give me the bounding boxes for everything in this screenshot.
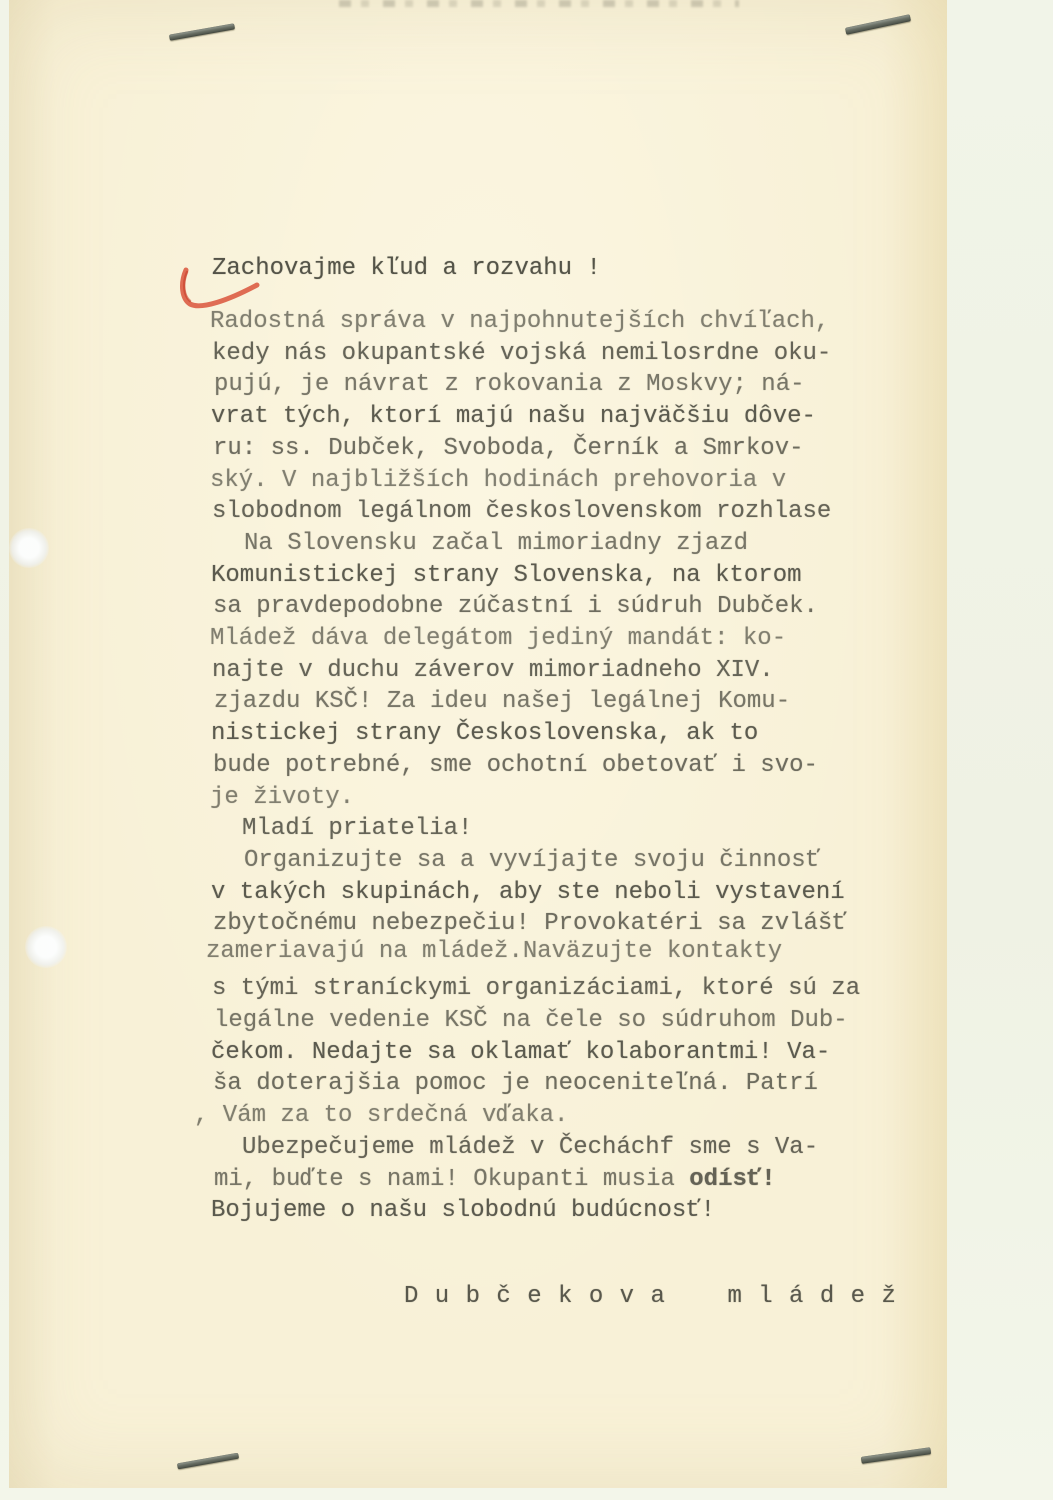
typewritten-line: Bojujeme o našu slobodnú budúcnosť! (211, 1199, 715, 1223)
typewritten-line: zbytočnému nebezpečiu! Provokatéri sa zv… (213, 912, 847, 936)
typewritten-line: Organizujte sa a vyvíjajte svoju činnosť (244, 849, 820, 873)
typewritten-line: zameriavajú na mládež.Naväzujte kontakty (206, 940, 782, 964)
typewritten-line: sa pravdepodobne zúčastní i súdruh Dubče… (213, 595, 818, 619)
typewritten-line: v takých skupinách, aby ste neboli vysta… (211, 881, 845, 905)
scanned-paper-sheet: Zachovajme kľud a rozvahu ! Radostná spr… (9, 0, 947, 1488)
typewritten-line: Mladí priatelia! (242, 817, 472, 841)
typewritten-line: je životy. (210, 786, 354, 810)
typewritten-line: ša doterajšia pomoc je neoceniteľná. Pat… (213, 1072, 818, 1096)
typewritten-line: kedy nás okupantské vojská nemilosrdne o… (212, 342, 831, 366)
typewritten-line: Ubezpečujeme mládež v Čecháchf sme s Va- (242, 1136, 818, 1160)
signature-line: D u b č e k o v a m l á d e ž (404, 1285, 897, 1309)
typewritten-line: zjazdu KSČ! Za ideu našej legálnej Komu- (214, 690, 790, 714)
typewritten-line: vrat tých, ktorí majú našu najväčšiu dôv… (211, 405, 816, 429)
typewritten-line: nistickej strany Československa, ak to (211, 722, 758, 746)
typewritten-line: ru: ss. Dubček, Svoboda, Černík a Smrkov… (213, 437, 804, 461)
typewritten-line: bude potrebné, sme ochotní obetovať i sv… (213, 754, 818, 778)
typewritten-line: Komunistickej strany Slovenska, na ktoro… (211, 564, 802, 588)
typewritten-line: Na Slovensku začal mimoriadny zjazd (244, 532, 748, 556)
typewritten-line: slobodnom legálnom československom rozhl… (212, 500, 831, 524)
typewritten-line: Mládež dáva delegátom jediný mandát: ko- (210, 627, 786, 651)
typewritten-line: pujú, je návrat z rokovania z Moskvy; ná… (214, 373, 805, 397)
typewritten-line: s tými straníckymi organizáciami, ktoré … (212, 977, 860, 1001)
typewritten-line: ský. V najbližších hodinách prehovoria v (210, 469, 786, 493)
typewritten-text: Radostná správa v najpohnutejších chvíľa… (9, 0, 947, 1488)
typewritten-line: najte v duchu záverov mimoriadneho XIV. (212, 659, 774, 683)
typewritten-line: mi, buďte s nami! Okupanti musia odísť! (214, 1168, 776, 1192)
typewritten-line: legálne vedenie KSČ na čele so súdruhom … (214, 1009, 848, 1033)
typewritten-line: , Vám za to srdečná vďaka. (194, 1104, 568, 1128)
typewritten-line: čekom. Nedajte sa oklamať kolaborantmi! … (211, 1041, 830, 1065)
typewritten-line: Radostná správa v najpohnutejších chvíľa… (210, 310, 829, 334)
